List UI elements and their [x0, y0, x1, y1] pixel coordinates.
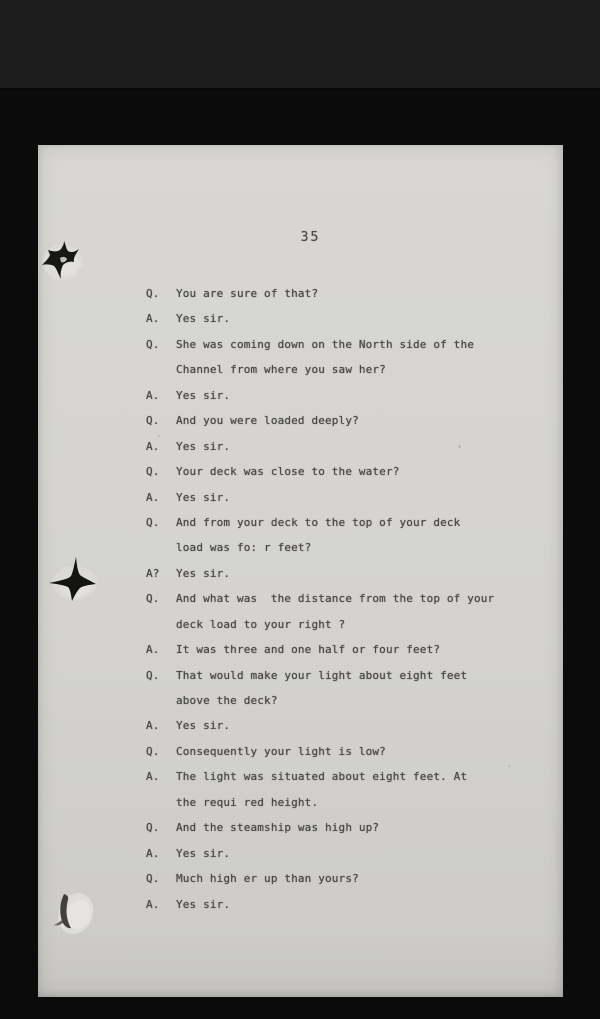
speaker-label: A.: [146, 485, 176, 510]
qa-row: deck load to your right ?: [146, 612, 546, 637]
qa-text: You are sure of that?: [176, 281, 318, 306]
qa-text: deck load to your right ?: [176, 612, 345, 637]
qa-row: Channel from where you saw her?: [146, 357, 546, 382]
qa-text: That would make your light about eight f…: [176, 663, 467, 688]
document-page: 35 Q.You are sure of that?A.Yes sir.Q.Sh…: [38, 145, 563, 997]
qa-row: Q.That would make your light about eight…: [146, 663, 546, 688]
qa-row: Q.Much high er up than yours?: [146, 866, 546, 891]
paper-speck: [508, 765, 510, 767]
qa-text: Yes sir.: [176, 892, 230, 917]
qa-text: Much high er up than yours?: [176, 866, 359, 891]
qa-row: A.Yes sir.: [146, 485, 546, 510]
qa-text: It was three and one half or four feet?: [176, 637, 440, 662]
qa-text: And the steamship was high up?: [176, 815, 379, 840]
qa-text: And what was the distance from the top o…: [176, 586, 494, 611]
scan-top-band: [0, 0, 600, 89]
speaker-label: [146, 535, 176, 560]
paper-speck: [458, 445, 461, 448]
scanned-document-image: 35 Q.You are sure of that?A.Yes sir.Q.Sh…: [0, 0, 600, 1019]
qa-row: A.Yes sir.: [146, 713, 546, 738]
speaker-label: Q.: [146, 866, 176, 891]
qa-row: A.Yes sir.: [146, 434, 546, 459]
qa-row: A?Yes sir.: [146, 561, 546, 586]
speaker-label: A.: [146, 637, 176, 662]
qa-text: Yes sir.: [176, 561, 230, 586]
speaker-label: Q.: [146, 281, 176, 306]
speaker-label: Q.: [146, 510, 176, 535]
qa-text: Yes sir.: [176, 841, 230, 866]
qa-text: Yes sir.: [176, 306, 230, 331]
speaker-label: A.: [146, 713, 176, 738]
page-number: 35: [48, 230, 573, 245]
qa-text: Channel from where you saw her?: [176, 357, 386, 382]
qa-row: Q.Consequently your light is low?: [146, 739, 546, 764]
speaker-label: [146, 790, 176, 815]
qa-text: Yes sir.: [176, 485, 230, 510]
qa-text: above the deck?: [176, 688, 278, 713]
qa-text: And from your deck to the top of your de…: [176, 510, 460, 535]
speaker-label: A.: [146, 764, 176, 789]
qa-text: Consequently your light is low?: [176, 739, 386, 764]
qa-transcript: Q.You are sure of that?A.Yes sir.Q.She w…: [146, 281, 546, 917]
qa-text: the requi red height.: [176, 790, 318, 815]
speaker-label: [146, 357, 176, 382]
punch-hole-middle: [43, 548, 107, 612]
paper-speck: [158, 435, 160, 437]
qa-row: A.The light was situated about eight fee…: [146, 764, 546, 789]
speaker-label: [146, 612, 176, 637]
qa-row: Q.And what was the distance from the top…: [146, 586, 546, 611]
speaker-label: Q.: [146, 663, 176, 688]
qa-row: A.Yes sir.: [146, 383, 546, 408]
speaker-label: Q.: [146, 739, 176, 764]
speaker-label: Q.: [146, 332, 176, 357]
qa-text: She was coming down on the North side of…: [176, 332, 474, 357]
qa-text: And you were loaded deeply?: [176, 408, 359, 433]
qa-row: A.It was three and one half or four feet…: [146, 637, 546, 662]
speaker-label: Q.: [146, 459, 176, 484]
speaker-label: A.: [146, 841, 176, 866]
qa-row: Q.She was coming down on the North side …: [146, 332, 546, 357]
qa-row: Q.You are sure of that?: [146, 281, 546, 306]
speaker-label: Q.: [146, 408, 176, 433]
qa-text: load was fo: r feet?: [176, 535, 311, 560]
speaker-label: [146, 688, 176, 713]
qa-text: The light was situated about eight feet.…: [176, 764, 467, 789]
speaker-label: Q.: [146, 815, 176, 840]
speaker-label: A.: [146, 434, 176, 459]
qa-row: above the deck?: [146, 688, 546, 713]
qa-text: Yes sir.: [176, 383, 230, 408]
speaker-label: A.: [146, 306, 176, 331]
qa-text: Yes sir.: [176, 434, 230, 459]
qa-row: Q.And from your deck to the top of your …: [146, 510, 546, 535]
qa-row: Q.Your deck was close to the water?: [146, 459, 546, 484]
punch-hole-bottom: [40, 880, 104, 944]
speaker-label: A.: [146, 892, 176, 917]
qa-row: A.Yes sir.: [146, 841, 546, 866]
speaker-label: A.: [146, 383, 176, 408]
speaker-label: A?: [146, 561, 176, 586]
qa-text: Yes sir.: [176, 713, 230, 738]
qa-row: load was fo: r feet?: [146, 535, 546, 560]
speaker-label: Q.: [146, 586, 176, 611]
qa-row: A.Yes sir.: [146, 892, 546, 917]
qa-row: Q.And you were loaded deeply?: [146, 408, 546, 433]
qa-text: Your deck was close to the water?: [176, 459, 400, 484]
qa-row: the requi red height.: [146, 790, 546, 815]
qa-row: A.Yes sir.: [146, 306, 546, 331]
qa-row: Q.And the steamship was high up?: [146, 815, 546, 840]
